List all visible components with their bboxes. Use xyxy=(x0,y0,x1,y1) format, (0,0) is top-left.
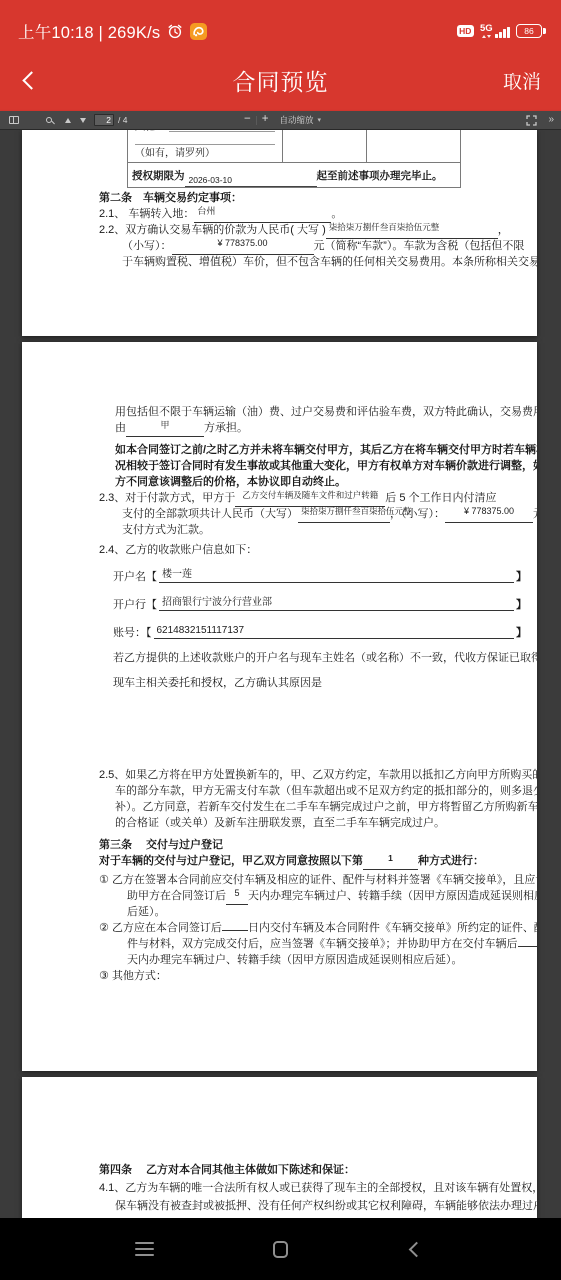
data-activity-arrows xyxy=(482,35,492,38)
next-page-icon[interactable] xyxy=(80,118,86,123)
hd-voice-badge: HD xyxy=(457,25,474,37)
blank-underline xyxy=(518,946,538,947)
time-and-network-speed: 上午10:18 | 269K/s xyxy=(18,19,160,43)
filled-blank: ¥ 778375.00 xyxy=(172,238,314,255)
battery-icon: 86 xyxy=(516,24,542,38)
doc-line: 于车辆购置税、增值税）车价，但不包含车辆的任何相关交易费用。本条所称相关交易费 xyxy=(122,254,527,270)
zoom-mode-select[interactable]: 自动缩放 ▾ xyxy=(279,114,321,126)
pdf-page-2: 其他： （如有，请罗列） 授权期限为 2026-03-10 起至前述事项办理完毕… xyxy=(22,130,537,336)
page2-text: 第二条 车辆交易约定事项： 2.1、 车辆转入地：台州。 2.2、双方确认交易车… xyxy=(22,130,537,270)
network-type-label: 5G xyxy=(480,24,493,34)
article2-heading: 第二条 车辆交易约定事项： xyxy=(99,190,527,206)
toolbar-divider xyxy=(256,116,257,125)
doc-line: 2.1、 车辆转入地：台州。 xyxy=(99,206,527,222)
blank-underline xyxy=(222,930,248,931)
menu-button[interactable] xyxy=(130,1234,160,1264)
app-notification-icon xyxy=(190,23,207,40)
hamburger-icon xyxy=(135,1242,154,1256)
doc-line: 保车辆没有被查封或被抵押、没有任何产权纠纷或其它权利障碍，车辆能够依法办理过户。 xyxy=(115,1197,527,1215)
account-number-filled-blank: 6214832151117137 xyxy=(154,626,515,639)
battery-level: 86 xyxy=(524,27,533,36)
filled-blank: 甲 xyxy=(126,420,204,437)
page-number-input[interactable] xyxy=(94,114,114,126)
toggle-sidebar-icon[interactable] xyxy=(9,116,19,124)
doc-line: 2.4、乙方的收款账户信息如下： xyxy=(99,542,527,558)
pdf-viewer-scroll-area[interactable]: 其他： （如有，请罗列） 授权期限为 2026-03-10 起至前述事项办理完毕… xyxy=(0,130,561,1218)
doc-line: 助甲方在合同签订后5天内办理完车辆过户、转籍手续（因甲方原因造成延误则相应 xyxy=(127,888,527,904)
account-bank-row: 开户行【 招商银行宁波分行营业部 】 xyxy=(113,596,527,612)
pdf-page-4: 第四条 乙方对本合同其他主体做如下陈述和保证： 4.1、乙方为车辆的唯一合法所有… xyxy=(22,1077,537,1218)
account-name-label: 开户名【 xyxy=(113,568,157,584)
doc-line: （小写）：¥ 778375.00元（简称“车款”）。车款为含税（包括但不限 xyxy=(122,238,527,254)
pdf-page-3: 用包括但不限于车辆运输（油）费、过户交易费和评估验车费，双方特此确认，交易费用 … xyxy=(22,342,537,1071)
signal-strength-icon xyxy=(495,27,510,38)
android-nav-bar xyxy=(0,1218,561,1280)
doc-line: 由甲方承担。 xyxy=(115,420,527,436)
doc-line: 2.5、如果乙方将在甲方处置换新车的，甲、乙双方约定，车款用以抵扣乙方向甲方所购… xyxy=(99,767,527,783)
doc-line: 件与材料，双方完成交付后，应当签署《车辆交接单》；并协助甲方在交付车辆后 xyxy=(127,936,527,952)
zoom-in-button[interactable]: + xyxy=(262,114,269,126)
toolbar-right-cluster: » xyxy=(526,115,554,126)
circled-3: ③ xyxy=(99,970,109,982)
doc-line: ② 乙方应在本合同签订后日内交付车辆及本合同附件《车辆交接单》所约定的证件、配 xyxy=(99,920,527,936)
filled-blank: 1 xyxy=(363,853,418,870)
network-indicator: 5G xyxy=(480,24,510,38)
article3-heading: 第三条 交付与过户登记 xyxy=(99,837,527,853)
doc-line: 支付的全部款项共计人民币（大写）柒拾柒万捌仟叁百柒拾伍元整，（小写）：¥ 778… xyxy=(122,506,527,522)
network-type: 5G xyxy=(480,24,493,38)
doc-line: 2.3、对于付款方式，甲方于乙方交付车辆及随车文件和过户转籍后 5 个工作日内付… xyxy=(99,490,527,506)
doc-line: 如本合同签订之前/之时乙方并未将车辆交付甲方，其后乙方在将车辆交付甲方时若车辆状 xyxy=(115,442,527,458)
page4-text: 第四条 乙方对本合同其他主体做如下陈述和保证： 4.1、乙方为车辆的唯一合法所有… xyxy=(22,1077,537,1215)
filled-blank: 5 xyxy=(226,888,248,905)
chevron-down-icon: ▾ xyxy=(317,116,321,124)
chevron-left-icon xyxy=(22,71,40,89)
zoom-controls: − + 自动缩放 ▾ xyxy=(244,114,321,126)
title-bar: 合同预览 取消 xyxy=(0,50,561,111)
account-number-label: 账号：【 xyxy=(113,624,152,640)
doc-line: 2.2、双方确认交易车辆的价款为人民币( 大写 )柒拾柒万捌仟叁百柒拾伍元整， xyxy=(99,222,527,238)
doc-line: 车的部分车款，甲方无需支付车款（但车款超出或不足双方约定的抵扣部分的，则多退少 xyxy=(115,783,527,799)
article4-heading: 第四条 乙方对本合同其他主体做如下陈述和保证： xyxy=(99,1161,527,1179)
zoom-mode-label: 自动缩放 xyxy=(279,114,313,126)
chevron-left-icon xyxy=(409,1241,425,1257)
home-button[interactable] xyxy=(266,1234,296,1264)
bracket-close: 】 xyxy=(516,568,527,584)
more-tools-icon[interactable]: » xyxy=(548,115,554,125)
doc-line: 的合格证（或关单）及新车注册联发票，直至二手车车辆完成过户。 xyxy=(115,815,527,831)
circled-1: ① xyxy=(99,874,109,886)
page-title: 合同预览 xyxy=(0,64,561,97)
home-square-icon xyxy=(273,1241,288,1258)
doc-line: 补）。乙方同意，若新车交付发生在二手车车辆完成过户之前，甲方将暂留乙方所购新车 xyxy=(115,799,527,815)
doc-line: 方不同意该调整后的价格，本协议即自动终止。 xyxy=(115,474,527,490)
alarm-clock-icon xyxy=(167,23,183,39)
account-name-row: 开户名【 楼一莲 】 xyxy=(113,568,527,584)
search-icon[interactable] xyxy=(46,117,52,123)
previous-page-icon[interactable] xyxy=(65,118,71,123)
account-number-row: 账号：【 6214832151117137 】 xyxy=(113,624,527,640)
bracket-close: 】 xyxy=(516,596,527,612)
filled-blank: 柒拾柒万捌仟叁百柒拾伍元整 xyxy=(298,506,390,523)
doc-line: ③ 其他方式： xyxy=(99,968,527,984)
doc-line: 若乙方提供的上述收款账户的开户名与现车主姓名（或名称）不一致，代收方保证已取得 xyxy=(113,650,527,666)
filled-blank: 乙方交付车辆及随车文件和过户转籍 xyxy=(235,490,385,507)
doc-line: 支付方式为汇款。 xyxy=(122,522,527,538)
account-bank-filled-blank: 招商银行宁波分行营业部 xyxy=(159,595,514,611)
page-count-label: / 4 xyxy=(118,115,127,125)
filled-blank: 柒拾柒万捌仟叁百柒拾伍元整 xyxy=(326,222,498,239)
account-name-filled-blank: 楼一莲 xyxy=(159,567,514,583)
status-bar-right-cluster: HD 5G 86 xyxy=(457,24,545,38)
zoom-out-button[interactable]: − xyxy=(244,114,251,126)
doc-line: 用包括但不限于车辆运输（油）费、过户交易费和评估验车费，双方特此确认，交易费用 xyxy=(115,404,527,420)
back-button[interactable] xyxy=(20,64,54,98)
doc-line: ① 乙方在签署本合同前应交付车辆及相应的证件、配件与材料并签署《车辆交接单》，且… xyxy=(99,872,527,888)
presentation-mode-icon[interactable] xyxy=(526,115,537,126)
app-icon-glyph xyxy=(192,25,205,38)
pdf-toolbar: / 4 − + 自动缩放 ▾ » xyxy=(0,111,561,130)
doc-line: 后延）。 xyxy=(127,904,527,920)
filled-blank: ¥ 778375.00 xyxy=(445,506,533,523)
doc-line: 天内办理完车辆过户、转籍手续（因甲方原因造成延误则相应后延）。 xyxy=(127,952,527,968)
doc-line: 对于车辆的交付与过户登记，甲乙双方同意按照以下第1种方式进行： xyxy=(99,853,527,869)
phone-screen: 上午10:18 | 269K/s HD 5G 86 xyxy=(0,0,561,1280)
doc-line: 4.1、乙方为车辆的唯一合法所有权人或已获得了现车主的全部授权，且对该车辆有处置… xyxy=(99,1179,527,1197)
bracket-close: 】 xyxy=(516,624,527,640)
status-bar: 上午10:18 | 269K/s HD 5G 86 xyxy=(0,0,561,50)
doc-line: 现车主相关委托和授权，乙方确认其原因是 xyxy=(113,675,527,691)
filled-blank: 台州 xyxy=(194,206,331,223)
page3-text: 用包括但不限于车辆运输（油）费、过户交易费和评估验车费，双方特此确认，交易费用 … xyxy=(22,342,537,984)
account-bank-label: 开户行【 xyxy=(113,596,157,612)
android-back-button[interactable] xyxy=(402,1234,432,1264)
doc-line: 况相较于签订合同时有发生事故或其他重大变化，甲方有权单方对车辆价款进行调整，如乙 xyxy=(115,458,527,474)
cancel-button[interactable]: 取消 xyxy=(503,67,541,94)
circled-2: ② xyxy=(99,922,109,934)
